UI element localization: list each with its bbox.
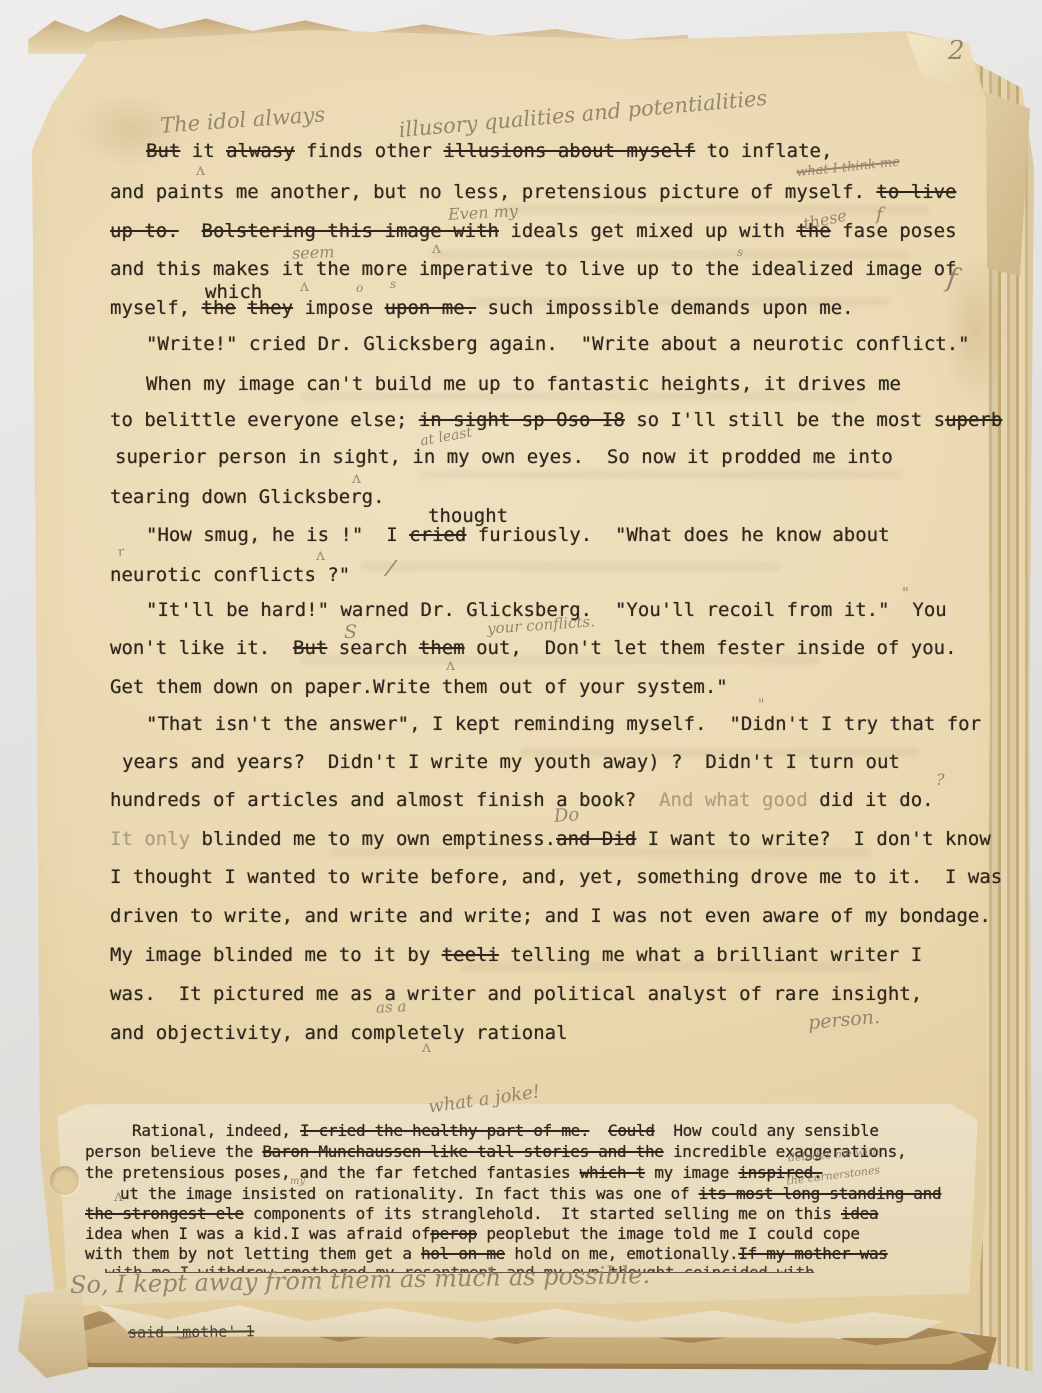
typed-segment: uperb (945, 409, 1002, 431)
typed-segment: I cried the healthy part of me. (300, 1121, 589, 1140)
typed-segment: out, Don't let them fester inside of you… (465, 637, 957, 659)
pencil-annotation: illusory qualities and potentialities (398, 86, 768, 142)
typed-segment: And what good (659, 789, 819, 811)
typescript-line: neurotic conflicts ?" (110, 564, 350, 586)
typed-segment: but the image told me I could cope (542, 1224, 859, 1243)
caret-mark: ʌ (316, 545, 325, 564)
pencil-annotation: / (385, 556, 397, 582)
manuscript-page: said 'mothe' 1 2 But it alwasy finds oth… (0, 0, 1042, 1393)
typescript-line: and objectivity, and completely rational (110, 1022, 568, 1044)
typescript-line: hundreds of articles and almost finish a… (110, 789, 934, 811)
typed-segment: myself, (110, 297, 202, 319)
typed-segment: the (202, 297, 236, 319)
typed-segment: years and years? Didn't I write my youth… (122, 751, 900, 773)
typed-segment: If my mother was (738, 1244, 887, 1263)
typescript-line: It only blinded me to my own emptiness.a… (110, 828, 991, 850)
typescript-line: "How smug, he is !" I cried furiously. "… (146, 524, 890, 546)
typed-segment: ideals get mixed up with (499, 220, 796, 242)
typed-segment: blinded me to my own emptiness. (202, 828, 557, 850)
typed-segment: and paints me another, but no less, pret… (110, 181, 876, 203)
typed-segment: and Did (556, 828, 636, 850)
typed-segment (236, 297, 247, 319)
typescript-line: "That isn't the answer", I kept remindin… (146, 713, 981, 735)
pencil-annotation: s (737, 245, 743, 259)
pencil-annotation: f (876, 204, 883, 225)
typed-segment: Get them down on paper.Write them out of… (110, 676, 728, 698)
typed-segment: and this makes it the more imperative to… (110, 258, 956, 280)
typed-segment: did it do. (819, 789, 933, 811)
typescript-line: My image blinded me to it by teeli telli… (110, 944, 922, 966)
caret-mark: ʌ (352, 468, 361, 487)
caret-mark: ʌ (300, 276, 309, 295)
typescript-line: to belittle everyone else; in sight sp O… (110, 409, 1002, 431)
typed-segment: was. It pictured me as a writer and poli… (110, 983, 922, 1005)
typed-segment: search (327, 637, 419, 659)
typed-segment (179, 220, 202, 242)
typed-segment: they (247, 297, 293, 319)
typed-segment: fase poses (831, 220, 957, 242)
typed-segment: How could any sensible (655, 1121, 879, 1140)
pencil-annotation: Do (553, 804, 580, 827)
typed-segment: to belittle everyone else; (110, 409, 419, 431)
pencil-annotation: person. (807, 1006, 881, 1034)
typescript-line: But it alwasy finds other illusions abou… (146, 140, 832, 162)
typed-segment: Rational, indeed, (132, 1121, 300, 1140)
typed-segment: Could (608, 1121, 655, 1140)
text-layer: 2 But it alwasy finds other illusions ab… (0, 0, 1042, 1393)
typed-segment: to inflate, (695, 140, 832, 162)
typed-segment: finds other (295, 140, 444, 162)
typescript-line: driven to write, and write and write; an… (110, 905, 991, 927)
typed-segment: tearing down Glicksberg. (110, 486, 385, 508)
typed-segment: so I'll still be the most s (625, 409, 945, 431)
typed-segment (589, 1121, 608, 1140)
typescript-line: won't like it. But search them out, Don'… (110, 637, 957, 659)
typed-segment: It only (110, 828, 202, 850)
typed-segment: the strongest ele (85, 1204, 244, 1223)
typed-segment: "That isn't the answer", I kept remindin… (146, 713, 981, 735)
typed-segment: components of its stranglehold. It start… (244, 1204, 841, 1223)
pencil-annotation: o (356, 281, 363, 295)
typed-segment: upon me. (385, 297, 477, 319)
typed-segment: ut the image insisted on rationality. In… (120, 1184, 699, 1203)
typed-segment: it (180, 140, 226, 162)
typed-segment: its most long standing and (699, 1184, 942, 1203)
pencil-annotation: ? (936, 770, 945, 789)
pencil-annotation: The idol always (159, 102, 325, 137)
pencil-annotation: as a (376, 997, 407, 1017)
typed-segment: person believe the (85, 1142, 262, 1161)
typescript-line: tearing down Glicksberg. (110, 486, 385, 508)
typescript-line: Get them down on paper.Write them out of… (110, 676, 728, 698)
pencil-annotation: seem (292, 242, 335, 262)
pencil-annotation: S (344, 621, 357, 643)
typed-segment: idea when I was a kid.I was afraid of (85, 1224, 430, 1243)
typed-segment: My image blinded me to it by (110, 944, 442, 966)
typed-segment: impose (293, 297, 385, 319)
caret-mark: ʌ (422, 1037, 431, 1056)
slip-line: person believe the Baron Munchaussen lik… (85, 1142, 906, 1161)
typed-segment: up to. (110, 220, 179, 242)
typed-segment: "Write!" cried Dr. Glicksberg again. "Wr… (146, 333, 970, 355)
typed-segment: my image (645, 1163, 738, 1182)
typed-segment: hol on me (421, 1244, 505, 1263)
pencil-annotation: Even my (448, 201, 519, 224)
typed-segment: alwasy (226, 140, 295, 162)
typed-segment: idea (841, 1204, 878, 1223)
typed-segment: superior person in sight, in my own eyes… (115, 446, 893, 468)
slip-line: the pretensious poses, and the far fetch… (85, 1163, 822, 1182)
typed-segment: such impossible demands upon me. (476, 297, 854, 319)
typed-segment: But (293, 637, 327, 659)
slip-line: ut the image insisted on rationality. In… (120, 1184, 941, 1203)
typed-segment: and objectivity, and completely rational (110, 1022, 568, 1044)
pencil-annotation: my (290, 1176, 305, 1187)
typed-segment: neurotic conflicts ?" (110, 564, 350, 586)
typed-segment: them (419, 637, 465, 659)
typescript-line: and this makes it the more imperative to… (110, 258, 956, 280)
typed-segment: with them by not letting them get a (85, 1244, 421, 1263)
slip-line: the strongest ele components of its stra… (85, 1204, 878, 1223)
typed-segment: driven to write, and write and write; an… (110, 905, 991, 927)
typed-segment: Baron Munchaussen like tall stories and … (262, 1142, 663, 1161)
slip-line: Rational, indeed, I cried the healthy pa… (132, 1121, 879, 1140)
pencil-annotation: r (117, 545, 126, 561)
typed-segment: people (477, 1224, 542, 1243)
pencil-annotation: " (902, 584, 909, 602)
typed-segment: illusions about myself (443, 140, 695, 162)
typed-segment: to live (876, 181, 956, 203)
typed-segment: "How smug, he is !" I (146, 524, 409, 546)
typed-segment: furiously. "What does he know about (466, 524, 889, 546)
typescript-line: and paints me another, but no less, pret… (110, 181, 957, 203)
pencil-annotation: " (758, 697, 764, 713)
caret-mark: ʌ (196, 160, 205, 179)
typed-segment: telling me what a brilliant writer I (499, 944, 922, 966)
typed-segment: which t (580, 1163, 645, 1182)
typed-segment: perop (430, 1224, 477, 1243)
typed-segment: I thought I wanted to write before, and,… (110, 866, 1002, 888)
slip-line: idea when I was a kid.I was afraid ofper… (85, 1224, 860, 1243)
typed-segment: But (146, 140, 180, 162)
typescript-line: "Write!" cried Dr. Glicksberg again. "Wr… (146, 333, 970, 355)
caret-mark: ʌ (446, 655, 455, 674)
page-number: 2 (948, 36, 965, 66)
pencil-annotation: s (390, 277, 396, 291)
caret-mark: ʌ (432, 238, 441, 257)
typed-segment: cried (409, 524, 466, 546)
typescript-line: years and years? Didn't I write my youth… (122, 751, 900, 773)
typed-segment: I want to write? I don't know (636, 828, 991, 850)
typed-segment: hold on me, emotionally. (505, 1244, 738, 1263)
pencil-annotation: what a joke! (427, 1081, 541, 1117)
typed-segment: When my image can't build me up to fanta… (146, 373, 901, 395)
typed-segment: teeli (442, 944, 499, 966)
caret-mark: ʌ (114, 1186, 123, 1205)
typescript-line: superior person in sight, in my own eyes… (115, 446, 893, 468)
typescript-line: When my image can't build me up to fanta… (146, 373, 901, 395)
typed-segment: won't like it. (110, 637, 293, 659)
typescript-line: I thought I wanted to write before, and,… (110, 866, 1002, 888)
typed-segment: the pretensious poses, and the far fetch… (85, 1163, 580, 1182)
typescript-line: myself, the they impose upon me. such im… (110, 297, 854, 319)
typescript-line: was. It pictured me as a writer and poli… (110, 983, 922, 1005)
slip-line: with them by not letting them get a hol … (85, 1244, 888, 1263)
